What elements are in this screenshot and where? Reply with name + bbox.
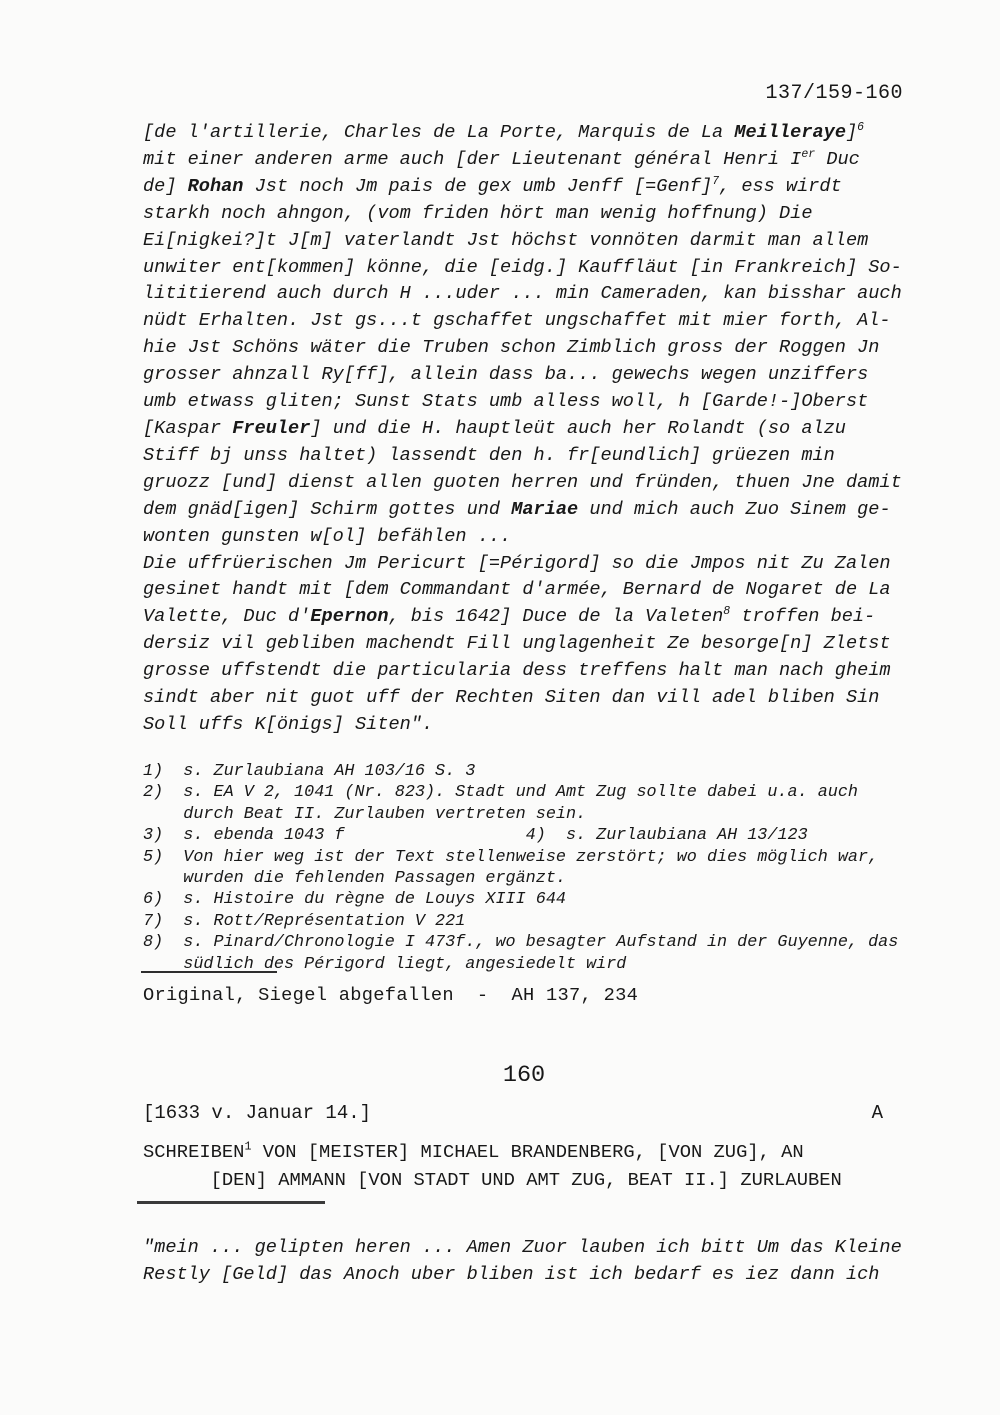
transcription-line: unwiter ent[kommen] könne, die [eidg.] K… bbox=[143, 255, 902, 282]
page-number: 137/159-160 bbox=[765, 82, 903, 105]
footnote-line: 3) s. ebenda 1043 f 4) s. Zurlaubiana AH… bbox=[143, 825, 898, 846]
transcription-line: [Kaspar Freuler] und die H. hauptleüt au… bbox=[143, 416, 902, 443]
transcription-line: [de l'artillerie, Charles de La Porte, M… bbox=[143, 120, 902, 147]
transcription-line: gesinet handt mit [dem Commandant d'armé… bbox=[143, 577, 902, 604]
footnotes: 1) s. Zurlaubiana AH 103/16 S. 32) s. EA… bbox=[143, 761, 898, 975]
footnote-line: 2) s. EA V 2, 1041 (Nr. 823). Stadt und … bbox=[143, 782, 898, 803]
footnote-line: 7) s. Rott/Représentation V 221 bbox=[143, 911, 898, 932]
transcription-line: Die uffrüerischen Jm Pericurt [=Périgord… bbox=[143, 551, 902, 578]
provenance-divider bbox=[141, 971, 277, 973]
entry-date: [1633 v. Januar 14.] bbox=[143, 1102, 371, 1124]
transcription-line: dem gnäd[igen] Schirm gottes und Mariae … bbox=[143, 497, 902, 524]
provenance-line: Original, Siegel abgefallen - AH 137, 23… bbox=[143, 984, 638, 1006]
entry-number-heading: 160 bbox=[143, 1062, 905, 1089]
quote-line: Restly [Geld] das Anoch uber bliben ist … bbox=[143, 1261, 902, 1288]
quote-line: "mein ... gelipten heren ... Amen Zuor l… bbox=[143, 1234, 902, 1261]
letter-transcription: [de l'artillerie, Charles de La Porte, M… bbox=[143, 120, 902, 739]
footnote-line: 5) Von hier weg ist der Text stellenweis… bbox=[143, 847, 898, 868]
footnote-line: durch Beat II. Zurlauben vertreten sein. bbox=[143, 804, 898, 825]
entry-title-line: SCHREIBEN1 VON [MEISTER] MICHAEL BRANDEN… bbox=[143, 1139, 842, 1167]
entry-header-row: [1633 v. Januar 14.] A bbox=[143, 1102, 905, 1124]
footnote-line: 1) s. Zurlaubiana AH 103/16 S. 3 bbox=[143, 761, 898, 782]
transcription-line: de] Rohan Jst noch Jm pais de gex umb Je… bbox=[143, 174, 902, 201]
transcription-line: nüdt Erhalten. Jst gs...t gschaffet ungs… bbox=[143, 308, 902, 335]
footnote-line: 6) s. Histoire du règne de Louys XIII 64… bbox=[143, 889, 898, 910]
footnote-line: 8) s. Pinard/Chronologie I 473f., wo bes… bbox=[143, 932, 898, 953]
transcription-line: Stiff bj unss haltet) lassendt den h. fr… bbox=[143, 443, 902, 470]
transcription-line: Soll uffs K[önigs] Siten". bbox=[143, 712, 902, 739]
transcription-line: lititierend auch durch H ...uder ... min… bbox=[143, 281, 902, 308]
transcription-line: dersiz vil gebliben machendt Fill unglag… bbox=[143, 631, 902, 658]
footnote-line: wurden die fehlenden Passagen ergänzt. bbox=[143, 868, 898, 889]
entry-title-line: [DEN] AMMANN [VON STADT UND AMT ZUG, BEA… bbox=[143, 1167, 842, 1195]
transcription-line: Ei[nigkei?]t J[m] vaterlandt Jst höchst … bbox=[143, 228, 902, 255]
letter-quote: "mein ... gelipten heren ... Amen Zuor l… bbox=[143, 1234, 902, 1289]
transcription-line: gruozz [und] dienst allen guoten herren … bbox=[143, 470, 902, 497]
transcription-line: wonten gunsten w[ol] befählen ... bbox=[143, 524, 902, 551]
transcription-line: umb etwass gliten; Sunst Stats umb alles… bbox=[143, 389, 902, 416]
title-divider bbox=[137, 1201, 325, 1204]
document-page: 137/159-160 [de l'artillerie, Charles de… bbox=[0, 0, 1000, 1415]
transcription-line: mit einer anderen arme auch [der Lieuten… bbox=[143, 147, 902, 174]
entry-title: SCHREIBEN1 VON [MEISTER] MICHAEL BRANDEN… bbox=[143, 1139, 842, 1194]
transcription-line: grosser ahnzall Ry[ff], allein dass ba..… bbox=[143, 362, 902, 389]
transcription-line: hie Jst Schöns wäter die Truben schon Zi… bbox=[143, 335, 902, 362]
transcription-line: grosse uffstendt die particularia dess t… bbox=[143, 658, 902, 685]
transcription-line: starkh noch ahngon, (vom friden hört man… bbox=[143, 201, 902, 228]
entry-siglum: A bbox=[872, 1102, 905, 1124]
transcription-line: Valette, Duc d'Epernon, bis 1642] Duce d… bbox=[143, 604, 902, 631]
transcription-line: sindt aber nit guot uff der Rechten Site… bbox=[143, 685, 902, 712]
